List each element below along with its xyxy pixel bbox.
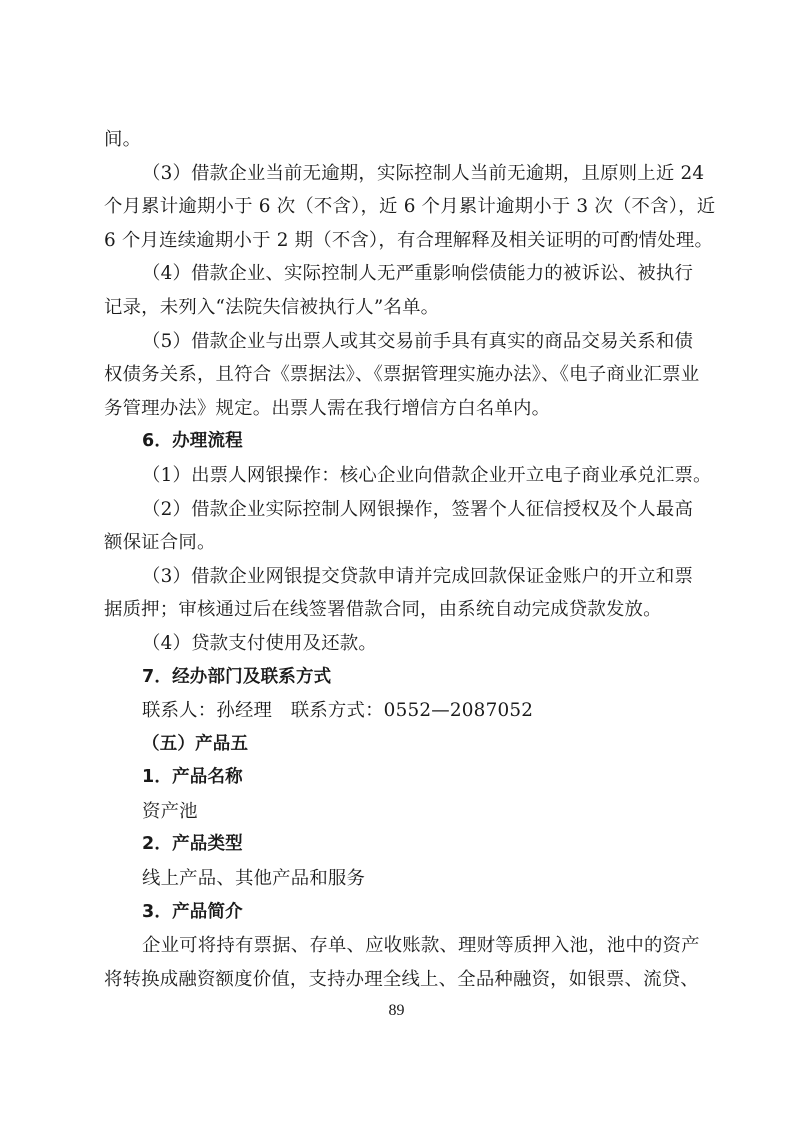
product-type-value: 线上产品、其他产品和服务 — [104, 862, 692, 896]
process-step-2: （2）借款企业实际控制人网银操作，签署个人征信授权及个人最高 — [104, 493, 692, 527]
paragraph-eligibility-4: （4）借款企业、实际控制人无严重影响偿债能力的被诉讼、被执行 — [104, 257, 692, 291]
section-heading-process: 6．办理流程 — [104, 425, 692, 459]
paragraph-eligibility-5: （5）借款企业与出票人或其交易前手具有真实的商品交易关系和债 — [104, 325, 692, 359]
product-intro-paragraph: 企业可将持有票据、存单、应收账款、理财等质押入池，池中的资产 — [104, 929, 692, 963]
process-step-4: （4）贷款支付使用及还款。 — [104, 627, 692, 661]
text-line: 据质押；审核通过后在线签署借款合同，由系统自动完成贷款发放。 — [104, 593, 692, 627]
text-line: 将转换成融资额度价值，支持办理全线上、全品种融资，如银票、流贷、 — [104, 963, 692, 997]
text-line: 记录，未列入“法院失信被执行人”名单。 — [104, 291, 692, 325]
document-page: 间。 （3）借款企业当前无逾期，实际控制人当前无逾期，且原则上近 24 个月累计… — [104, 123, 692, 996]
section-heading-product-intro: 3．产品简介 — [104, 896, 692, 930]
process-step-3: （3）借款企业网银提交贷款申请并完成回款保证金账户的开立和票 — [104, 560, 692, 594]
page-number: 89 — [0, 1002, 793, 1020]
process-step-1: （1）出票人网银操作：核心企业向借款企业开立电子商业承兑汇票。 — [104, 459, 692, 493]
text-line: 个月累计逾期小于 6 次（不含），近 6 个月累计逾期小于 3 次（不含），近 — [104, 190, 692, 224]
text-line: 间。 — [104, 123, 692, 157]
section-heading-product-five: （五）产品五 — [104, 728, 692, 762]
section-heading-contact: 7．经办部门及联系方式 — [104, 661, 692, 695]
paragraph-eligibility-3: （3）借款企业当前无逾期，实际控制人当前无逾期，且原则上近 24 — [104, 157, 692, 191]
section-heading-product-type: 2．产品类型 — [104, 828, 692, 862]
text-line: 权债务关系，且符合《票据法》、《票据管理实施办法》、《电子商业汇票业 — [104, 358, 692, 392]
contact-line: 联系人：孙经理 联系方式：0552—2087052 — [104, 694, 692, 728]
text-line: 6 个月连续逾期小于 2 期（不含），有合理解释及相关证明的可酌情处理。 — [104, 224, 692, 258]
section-heading-product-name: 1．产品名称 — [104, 761, 692, 795]
text-line: 务管理办法》规定。出票人需在我行增信方白名单内。 — [104, 392, 692, 426]
product-name-value: 资产池 — [104, 795, 692, 829]
text-line: 额保证合同。 — [104, 526, 692, 560]
